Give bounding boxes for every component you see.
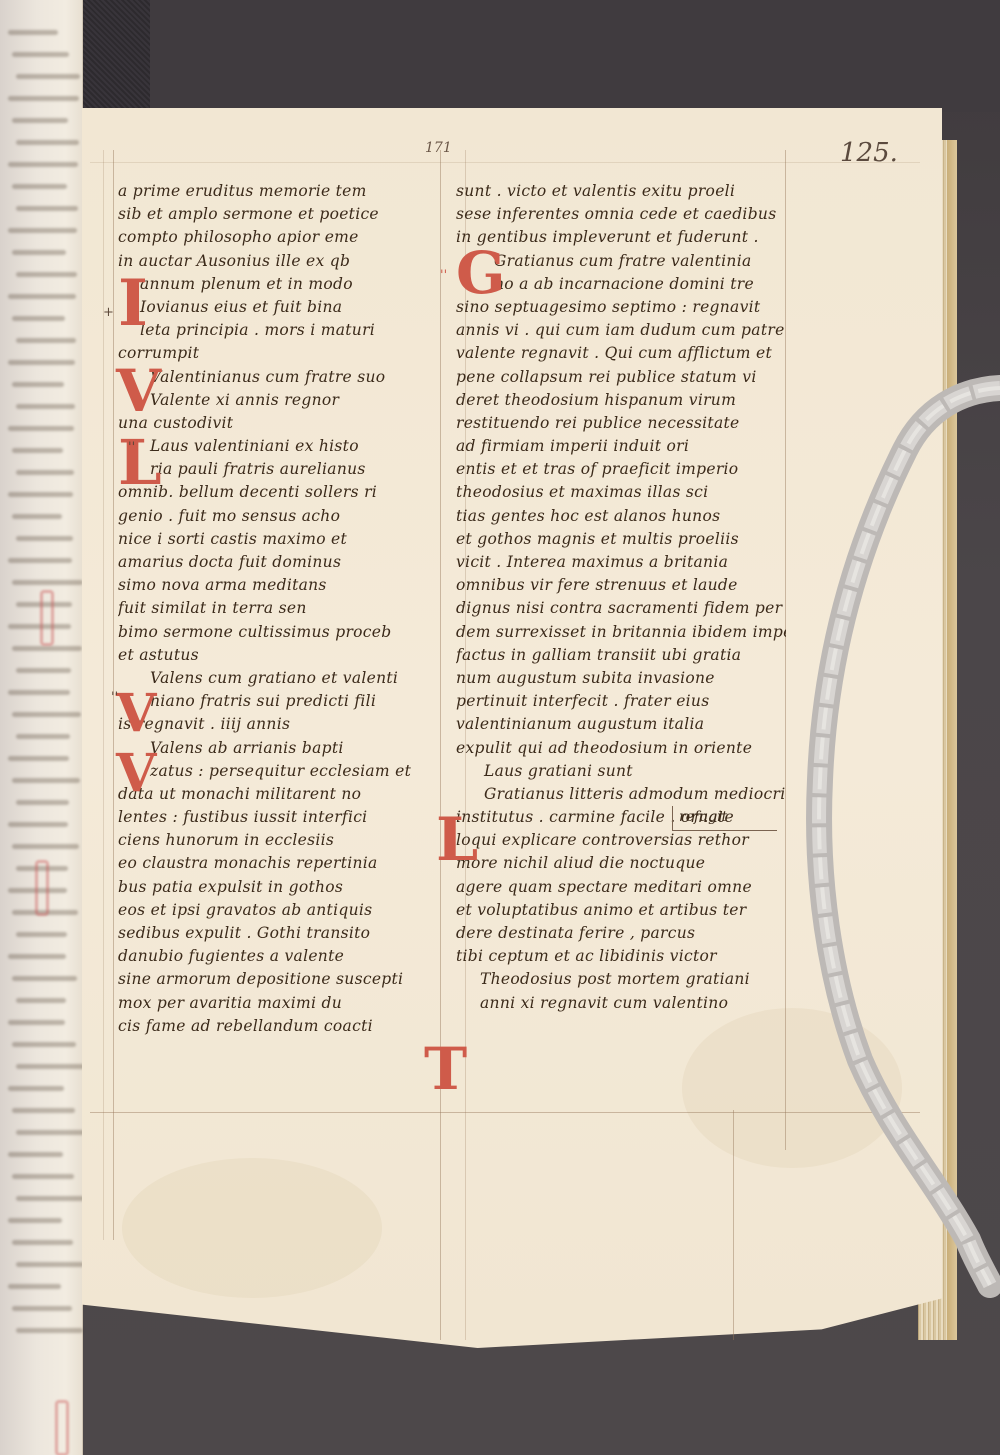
facing-page-text	[8, 426, 74, 431]
facing-page-text	[8, 228, 77, 233]
facing-page-text	[12, 712, 81, 717]
manuscript-line: Valens ab arrianis bapti	[118, 737, 438, 760]
manuscript-line: simo nova arma meditans	[118, 574, 438, 597]
manuscript-line: expulit qui ad theodosium in oriente	[456, 737, 786, 760]
facing-page-text	[16, 668, 71, 673]
manuscript-line: tibi ceptum et ac libidinis victor	[456, 945, 786, 968]
manuscript-line: dere destinata ferire , parcus	[456, 922, 786, 945]
facing-page-text	[12, 1306, 72, 1311]
manuscript-line: sunt . victo et valentis exitu proeli	[456, 180, 786, 203]
manuscript-line: annis vi . qui cum iam dudum cum patre	[456, 319, 786, 342]
facing-page-text	[12, 1042, 76, 1047]
manuscript-line: agere quam spectare meditari omne	[456, 876, 786, 899]
manuscript-line: compto philosopho apior eme	[118, 226, 438, 249]
facing-page-text	[8, 1284, 61, 1289]
facing-page-text	[12, 250, 66, 255]
old-folio-number: 171	[425, 140, 452, 156]
marginal-mark: ''	[440, 268, 447, 283]
manuscript-line: bus patia expulsit in gothos	[118, 876, 438, 899]
manuscript-line: leta principia . mors i maturi	[118, 319, 438, 342]
manuscript-line: loqui explicare controversias rethor	[456, 829, 786, 852]
facing-page-text	[16, 800, 69, 805]
text-column-left: a prime eruditus memorie temsib et amplo…	[118, 180, 438, 1038]
manuscript-line: data ut monachi militarent no	[118, 783, 438, 806]
facing-page-text	[12, 316, 65, 321]
manuscript-line: pertinuit interfecit . frater eius	[456, 690, 786, 713]
manuscript-line: Valente xi annis regnor	[118, 389, 438, 412]
manuscript-line: Laus gratiani sunt	[456, 760, 786, 783]
facing-page-text	[12, 448, 63, 453]
manuscript-line: nice i sorti castis maximo et	[118, 528, 438, 551]
manuscript-line: ad firmiam imperii induit ori	[456, 435, 786, 458]
manuscript-line: valentinianum augustum italia	[456, 713, 786, 736]
marginal-mark: ''	[128, 440, 135, 455]
manuscript-line: omnibus vir fere strenuus et laude	[456, 574, 786, 597]
manuscript-line: factus in galliam transiit ubi gratia	[456, 644, 786, 667]
facing-page-text	[16, 338, 76, 343]
manuscript-line: zatus : persequitur ecclesiam et	[118, 760, 438, 783]
manuscript-line: sine armorum depositione suscepti	[118, 968, 438, 991]
manuscript-line: in auctar Ausonius ille ex qb	[118, 250, 438, 273]
manuscript-line: et voluptatibus animo et artibus ter	[456, 899, 786, 922]
facing-page-text	[12, 1108, 75, 1113]
facing-page-text	[12, 580, 83, 585]
manuscript-line: eos et ipsi gravatos ab antiquis	[118, 899, 438, 922]
manuscript-line: fuit similat in terra sen	[118, 597, 438, 620]
facing-page-text	[8, 162, 78, 167]
facing-page-text	[16, 272, 77, 277]
manuscript-line: eo claustra monachis repertinia	[118, 852, 438, 875]
manuscript-line: corrumpit	[118, 342, 438, 365]
facing-page-text	[12, 844, 79, 849]
manuscript-line: Laus valentiniani ex histo	[118, 435, 438, 458]
manuscript-line: is regnavit . iiij annis	[118, 713, 438, 736]
facing-page-text	[12, 1174, 74, 1179]
manuscript-line: vicit . Interea maximus a britania	[456, 551, 786, 574]
manuscript-line: a prime eruditus memorie tem	[118, 180, 438, 203]
manuscript-line: niano fratris sui predicti fili	[118, 690, 438, 713]
facing-page-initial	[55, 1400, 69, 1455]
manuscript-line: amarius docta fuit dominus	[118, 551, 438, 574]
manuscript-line: restituendo rei publice necessitate	[456, 412, 786, 435]
facing-page-text	[16, 470, 74, 475]
manuscript-line: bimo sermone cultissimus proceb	[118, 621, 438, 644]
ruling-line	[733, 1110, 734, 1340]
ruling-line	[90, 162, 920, 163]
manuscript-line: ria pauli fratris aurelianus	[118, 458, 438, 481]
marginal-addition: refugit	[672, 806, 777, 831]
manuscript-line: deret theodosium hispanum virum	[456, 389, 786, 412]
facing-page-text	[16, 404, 75, 409]
facing-page-text	[16, 206, 78, 211]
facing-page-text	[16, 1130, 86, 1135]
manuscript-line: danubio fugientes a valente	[118, 945, 438, 968]
manuscript-line: Theodosius post mortem gratiani	[456, 968, 786, 991]
facing-page-text	[12, 976, 77, 981]
manuscript-line: et gothos magnis et multis proeliis	[456, 528, 786, 551]
manuscript-line: tias gentes hoc est alanos hunos	[456, 505, 786, 528]
facing-page-initial	[40, 590, 54, 646]
manuscript-line: cis fame ad rebellandum coacti	[118, 1015, 438, 1038]
manuscript-line: Gratianus litteris admodum mediocriter	[456, 783, 786, 806]
ruling-line	[90, 1112, 920, 1113]
rubric-initial: L	[118, 432, 162, 494]
facing-page-text	[16, 140, 79, 145]
facing-page-text	[8, 1020, 65, 1025]
folio-number: 125.	[840, 138, 898, 168]
facing-page-text	[12, 778, 80, 783]
facing-page-text	[8, 30, 58, 35]
marginal-mark: +	[103, 305, 114, 320]
facing-page-text	[16, 734, 70, 739]
facing-page-text	[8, 1218, 62, 1223]
manuscript-line: anni xi regnavit cum valentino	[456, 992, 786, 1015]
manuscript-line: entis et et tras of praeficit imperio	[456, 458, 786, 481]
manuscript-line: annum plenum et in modo	[118, 273, 438, 296]
facing-page-text	[16, 74, 80, 79]
parchment-stain	[122, 1158, 382, 1298]
rubric-initial: L	[436, 810, 478, 870]
rubric-initial: T	[424, 1040, 467, 1098]
cover-texture	[80, 0, 150, 112]
manuscript-line: pene collapsum rei publice statum vi	[456, 366, 786, 389]
rubric-initial: I	[118, 272, 148, 336]
facing-page-text	[8, 822, 68, 827]
facing-page-text	[8, 756, 69, 761]
parchment-stain	[682, 1008, 902, 1168]
facing-page-text	[8, 1086, 64, 1091]
facing-page-text	[12, 184, 67, 189]
manuscript-line: et astutus	[118, 644, 438, 667]
facing-page-text	[16, 536, 73, 541]
rubric-initial: V	[116, 748, 156, 800]
facing-page-text	[8, 954, 66, 959]
manuscript-line: mox per avaritia maximi du	[118, 992, 438, 1015]
facing-page-text	[8, 690, 70, 695]
manuscript-line: Valentinianus cum fratre suo	[118, 366, 438, 389]
manuscript-line: Iovianus eius et fuit bina	[118, 296, 438, 319]
facing-page-text	[8, 294, 76, 299]
facing-page-text	[16, 1196, 85, 1201]
manuscript-line: sese inferentes omnia cede et caedibus	[456, 203, 786, 226]
manuscript-line: dignus nisi contra sacramenti fidem per …	[456, 597, 786, 620]
facing-page-text	[8, 96, 79, 101]
facing-page-text	[16, 932, 67, 937]
facing-page-text	[12, 118, 68, 123]
facing-page-initial	[35, 860, 49, 916]
rubric-initial: G	[456, 244, 506, 302]
facing-page	[0, 0, 83, 1455]
binding-edge	[947, 140, 957, 1340]
facing-page-text	[12, 646, 82, 651]
facing-page-text	[12, 1240, 73, 1245]
manuscript-line: sedibus expulit . Gothi transito	[118, 922, 438, 945]
facing-page-text	[12, 52, 69, 57]
manuscript-line: valente regnavit . Qui cum afflictum et	[456, 342, 786, 365]
facing-page-text	[12, 514, 62, 519]
facing-page-text	[16, 998, 66, 1003]
facing-page-text	[12, 382, 64, 387]
facing-page-text	[8, 558, 72, 563]
manuscript-line: more nichil aliud die noctuque	[456, 852, 786, 875]
manuscript-line: ciens hunorum in ecclesiis	[118, 829, 438, 852]
manuscript-line: Valens cum gratiano et valenti	[118, 667, 438, 690]
manuscript-line: dem surrexisset in britannia ibidem impe…	[456, 621, 786, 644]
facing-page-text	[8, 492, 73, 497]
manuscript-line: genio . fuit mo sensus acho	[118, 505, 438, 528]
facing-page-text	[16, 1064, 87, 1069]
rubric-initial: V	[116, 688, 156, 740]
facing-page-text	[16, 1328, 83, 1333]
facing-page-text	[8, 360, 75, 365]
ruling-line	[440, 150, 441, 1340]
manuscript-line: num augustum subita invasione	[456, 667, 786, 690]
manuscript-line: omnib. bellum decenti sollers ri	[118, 481, 438, 504]
marginal-mark: ''	[111, 690, 118, 705]
facing-page-text	[16, 1262, 84, 1267]
rubric-initial: V	[116, 362, 161, 420]
manuscript-line: sib et amplo sermone et poetice	[118, 203, 438, 226]
book-cover-edge	[80, 0, 1000, 112]
manuscript-line: una custodivit	[118, 412, 438, 435]
facing-page-text	[8, 1152, 63, 1157]
manuscript-line: theodosius et maximas illas sci	[456, 481, 786, 504]
manuscript-line: lentes : fustibus iussit interfici	[118, 806, 438, 829]
